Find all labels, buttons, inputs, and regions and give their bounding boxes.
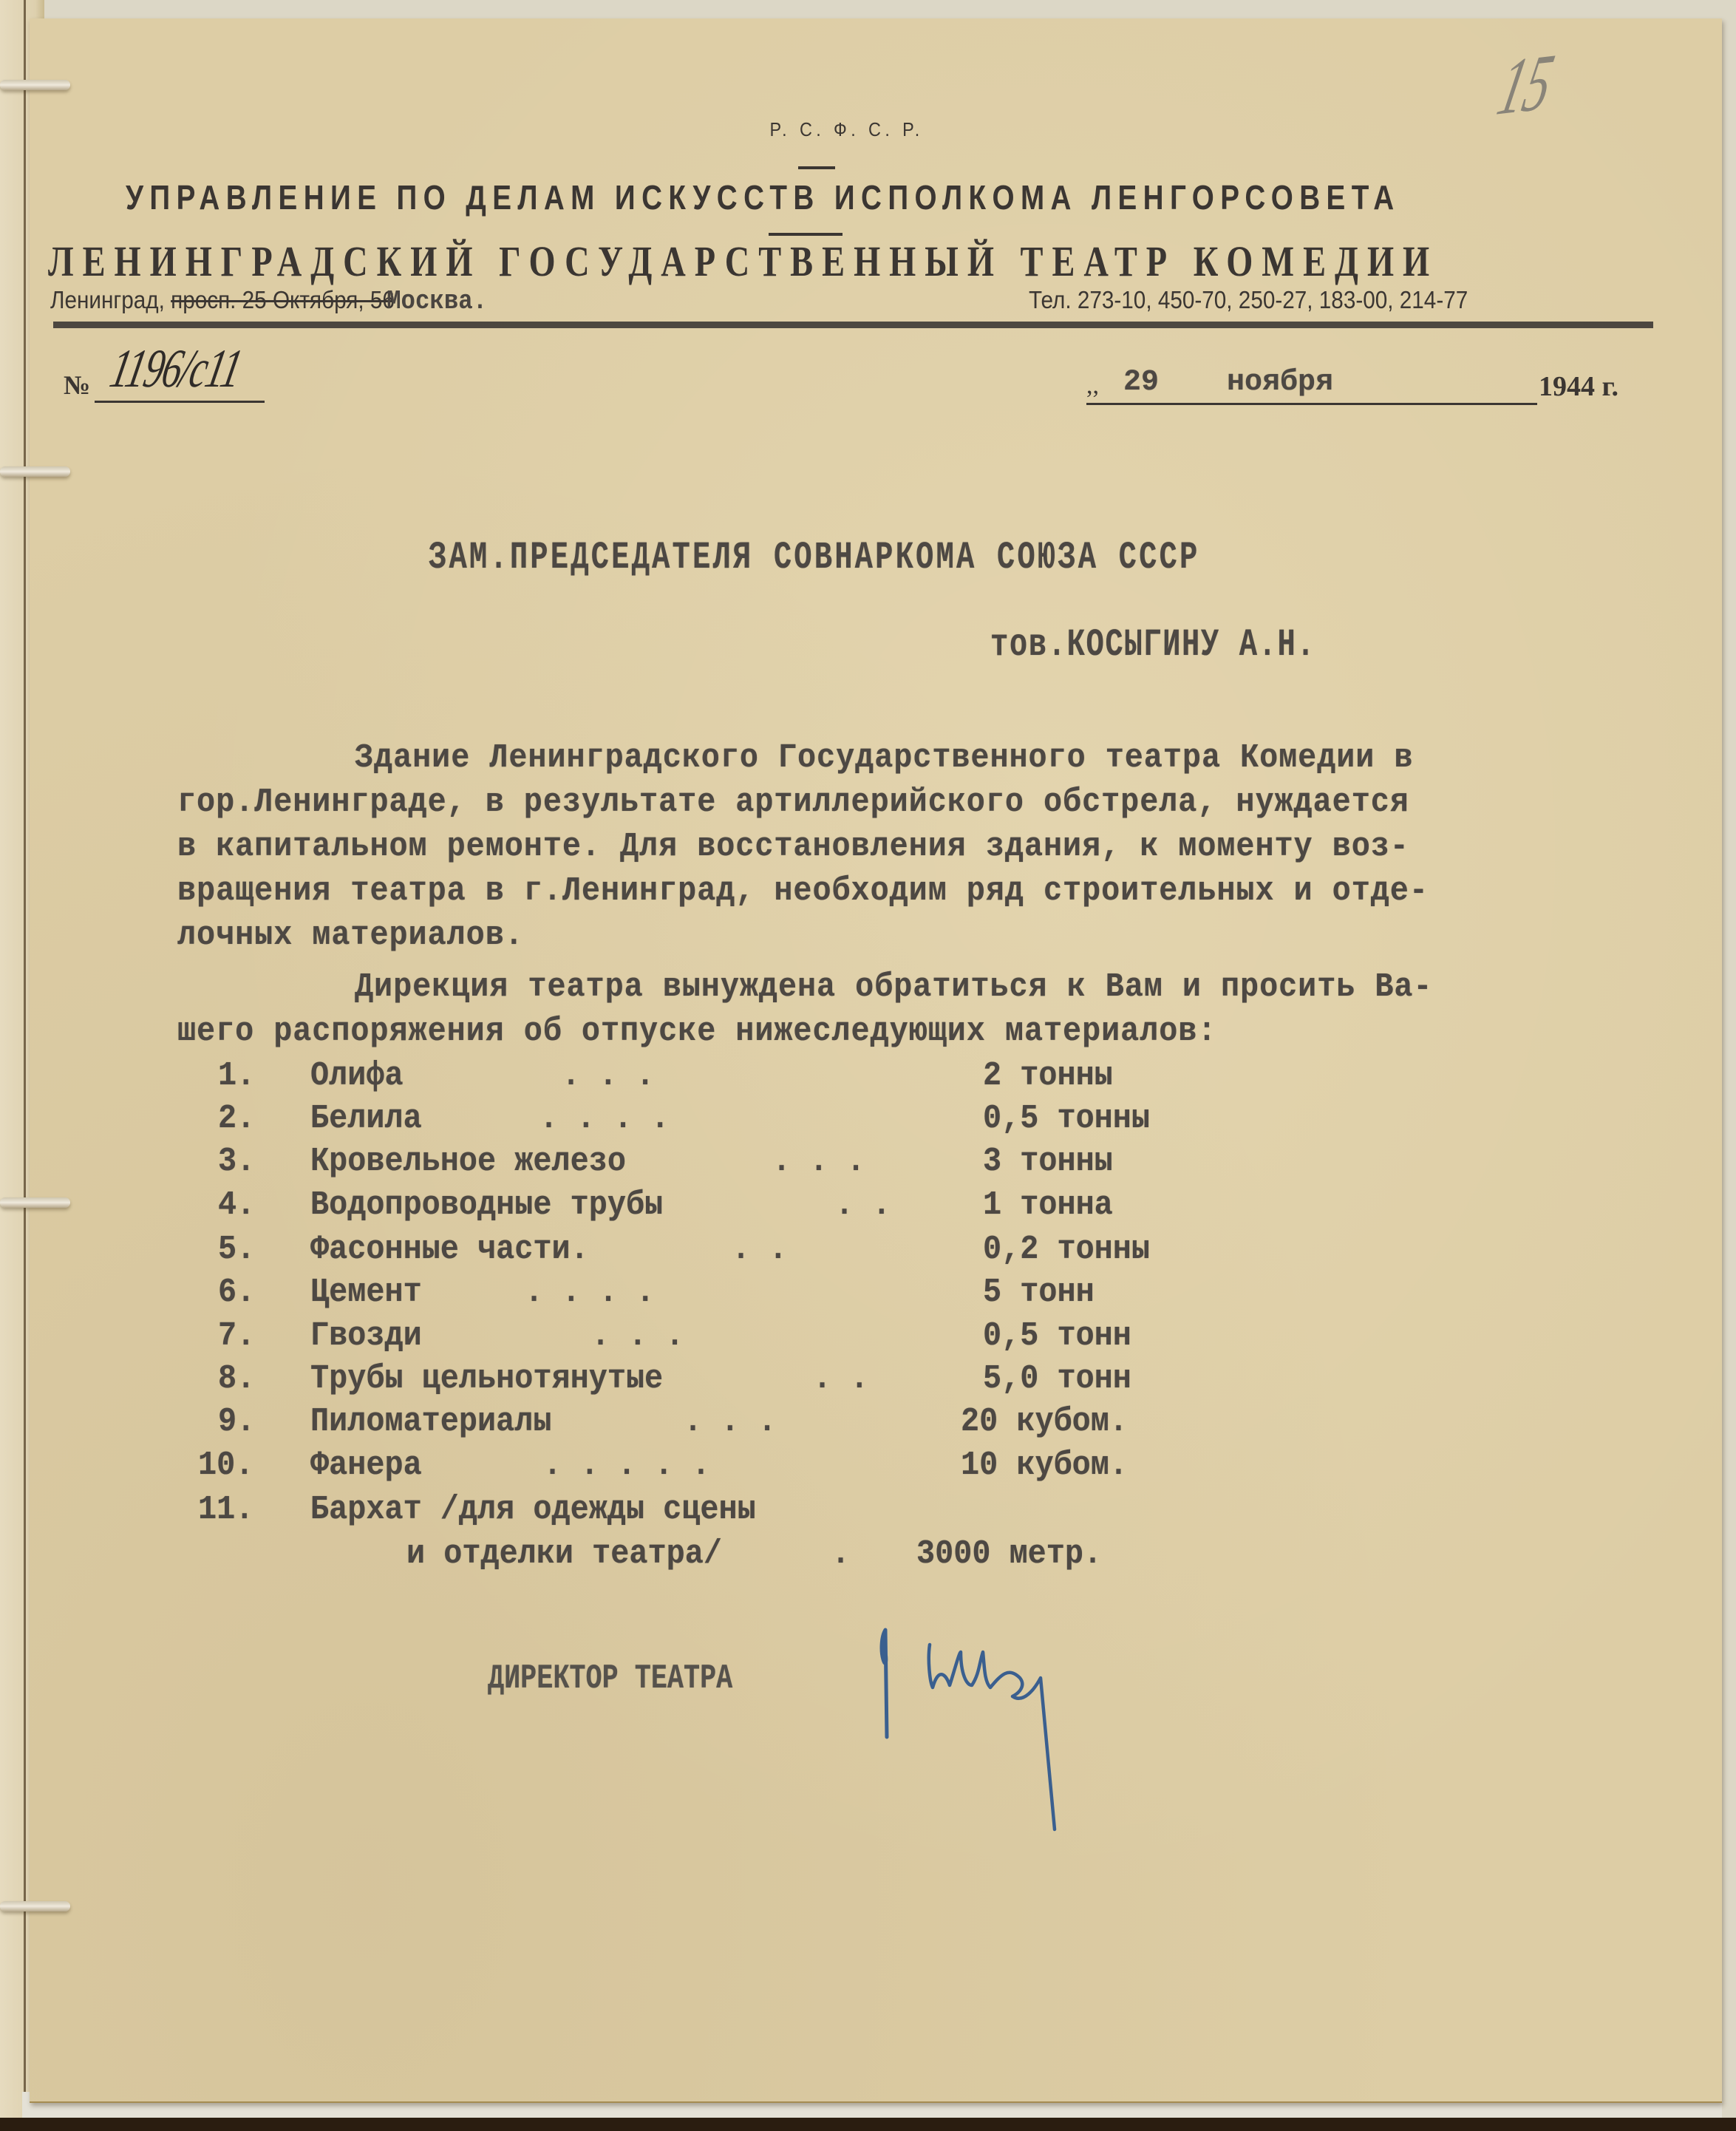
letterhead-organization: ЛЕНИНГРАДСКИЙ ГОСУДАРСТВЕННЫЙ ТЕАТР КОМЕ… (48, 237, 1438, 286)
body-line: Здание Ленинградского Государственного т… (355, 739, 1413, 777)
item-number: 9. (218, 1403, 255, 1441)
item-name: Гвозди (310, 1317, 422, 1355)
letterhead-divider-small (798, 166, 835, 169)
address-city: Ленинград, (50, 286, 171, 313)
address-struck-street: просп. 25 Октября, 56 (171, 286, 395, 313)
item-quantity: 2 тонны (983, 1057, 1113, 1095)
document-page: 15 Р. С. Ф. С. Р. УПРАВЛЕНИЕ ПО ДЕЛАМ ИС… (30, 18, 1722, 2103)
reference-number-handwritten: 1196/с11 (105, 338, 247, 401)
item-leader-dots: . . (813, 1360, 868, 1398)
item-number: 5. (218, 1231, 255, 1268)
item-number: 11. (198, 1491, 253, 1529)
item-number: 10. (198, 1447, 253, 1484)
item-number: 7. (218, 1317, 255, 1355)
date-open-quote: ,, (1086, 372, 1099, 400)
scanner-bed-edge (0, 2118, 1736, 2131)
item-leader-dots: . . . (562, 1057, 655, 1095)
item-number: 2. (218, 1100, 255, 1138)
item-number: 8. (218, 1360, 255, 1398)
addressee-name: тов.КОСЫГИНУ А.Н. (990, 623, 1315, 667)
date-year: 1944 г. (1539, 370, 1618, 403)
binding-thread (0, 466, 70, 477)
letterhead-divider (769, 233, 843, 236)
folio-number-pencil: 15 (1490, 35, 1562, 134)
date-line (1086, 403, 1537, 405)
binding-thread (0, 1901, 70, 1911)
body-line: Дирекция театра вынуждена обратиться к В… (355, 968, 1432, 1006)
body-line: в капитальном ремонте. Для восстановлени… (177, 828, 1409, 866)
item-leader-dots: . . (835, 1186, 891, 1224)
letterhead-rule (53, 322, 1653, 328)
binding-thread (0, 80, 70, 90)
letterhead-address: Ленинград, просп. 25 Октября, 56Москва. (50, 286, 487, 316)
date-day: 29 (1123, 366, 1159, 399)
body-line: шего распоряжения об отпуске нижеследующ… (177, 1013, 1216, 1050)
item-quantity: 10 кубом. (961, 1447, 1128, 1484)
reference-number-line (95, 401, 265, 403)
binding-spine (24, 0, 26, 2131)
letterhead-phones: Тел. 273-10, 450-70, 250-27, 183-00, 214… (1029, 286, 1468, 314)
item-name: Цемент (310, 1274, 422, 1311)
item-name: Кровельное железо (310, 1143, 626, 1180)
item-leader-dots: . . . . (539, 1100, 670, 1138)
item-number: 4. (218, 1186, 255, 1224)
addressee-position: ЗАМ.ПРЕДСЕДАТЕЛЯ СОВНАРКОМА СОЮЗА СССР (429, 536, 1199, 580)
address-overtyped-city: Москва. (387, 286, 487, 316)
item-quantity: 0,5 тонн (983, 1317, 1131, 1355)
item-leader-dots: . (831, 1535, 850, 1573)
item-leader-dots: . . . (772, 1143, 865, 1180)
item-name: Белила (310, 1100, 422, 1138)
item-name: Трубы цельнотянутые (310, 1360, 663, 1398)
item-number: 1. (218, 1057, 255, 1095)
binding-thread (0, 1197, 70, 1208)
item-leader-dots: . . (732, 1231, 787, 1268)
body-line: гор.Ленинграде, в результате артиллерийс… (177, 784, 1409, 821)
item-leader-dots: . . . (684, 1403, 777, 1441)
item-name-continuation: и отделки театра/ (406, 1535, 722, 1573)
item-quantity: 5 тонн (983, 1274, 1095, 1311)
item-name: Бархат /для одежды сцены (310, 1491, 756, 1529)
item-name: Олифа (310, 1057, 404, 1095)
item-number: 3. (218, 1143, 255, 1180)
item-quantity: 1 тонна (983, 1186, 1113, 1224)
item-quantity: 20 кубом. (961, 1403, 1128, 1441)
reference-number-label: № (64, 370, 90, 401)
item-quantity: 3 тонны (983, 1143, 1113, 1180)
item-quantity: 5,0 тонн (983, 1360, 1131, 1398)
archival-scan: 15 Р. С. Ф. С. Р. УПРАВЛЕНИЕ ПО ДЕЛАМ ИС… (0, 0, 1736, 2131)
item-leader-dots: . . . . (525, 1274, 655, 1311)
item-leader-dots: . . . (591, 1317, 684, 1355)
item-name: Фасонные части. (310, 1231, 589, 1268)
item-name: Водопроводные трубы (310, 1186, 663, 1224)
body-line: вращения театра в г.Ленинград, необходим… (177, 872, 1429, 910)
item-number: 6. (218, 1274, 255, 1311)
item-quantity: 0,2 тонны (983, 1231, 1150, 1268)
body-line: лочных материалов. (177, 917, 524, 954)
item-name: Фанера (310, 1447, 422, 1484)
handwritten-signature (843, 1622, 1212, 1859)
signer-title: ДИРЕКТОР ТЕАТРА (488, 1659, 732, 1698)
letterhead-republic: Р. С. Ф. С. Р. (770, 118, 924, 141)
item-quantity: 0,5 тонны (983, 1100, 1150, 1138)
item-name: Пиломатериалы (310, 1403, 551, 1441)
item-quantity: 3000 метр. (916, 1535, 1102, 1573)
date-month: ноября (1227, 366, 1333, 399)
letterhead-administration: УПРАВЛЕНИЕ ПО ДЕЛАМ ИСКУССТВ ИСПОЛКОМА Л… (126, 177, 1400, 217)
item-leader-dots: . . . . . (543, 1447, 710, 1484)
